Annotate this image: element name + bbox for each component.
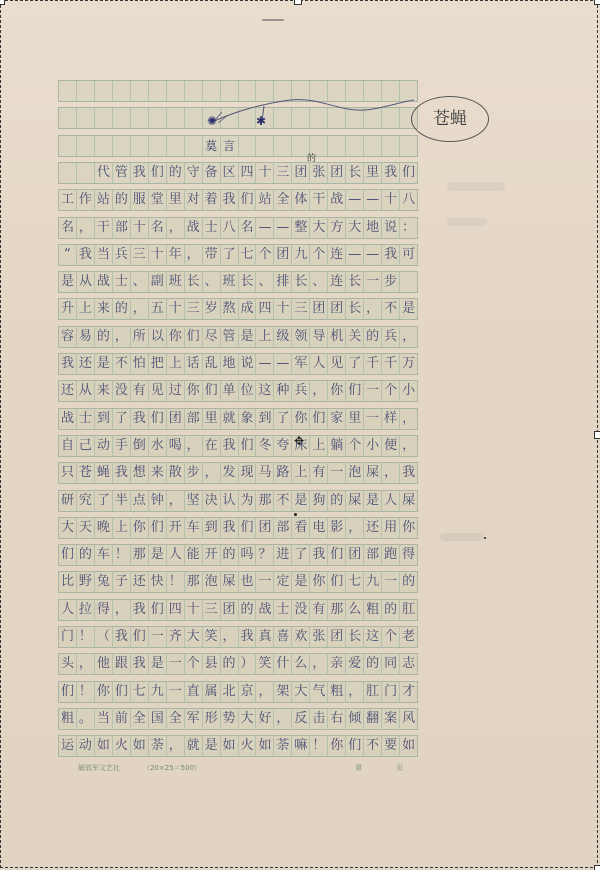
grid-cell: — <box>274 218 292 238</box>
grid-cell: 还 <box>77 354 95 374</box>
grid-cell: 你 <box>131 518 149 538</box>
grid-cell: 一 <box>364 381 382 401</box>
grid-cell: 步 <box>382 272 400 292</box>
manuscript-line: 我还是不怕把上话乱地说——军人见了千千万 <box>58 353 418 375</box>
grid-cell: 团 <box>328 299 346 319</box>
manuscript-page: 莫言代管我们的守备区四十三团张团长里我们工作站的服堂里对着我们站全体干战——十八… <box>0 0 600 870</box>
grid-cell: 认 <box>221 491 239 511</box>
grid-cell: 了 <box>274 409 292 429</box>
grid-cell: 军 <box>292 354 310 374</box>
grid-cell: 动 <box>77 736 95 756</box>
grid-cell: 车 <box>95 545 113 565</box>
grid-cell: 进 <box>274 545 292 565</box>
grid-cell: 就 <box>221 409 239 429</box>
grid-cell: 成 <box>239 299 257 319</box>
grid-cell: 蝇 <box>95 463 113 483</box>
grid-cell: 七 <box>346 572 364 592</box>
grid-cell: 到 <box>95 409 113 429</box>
grid-cell: 的 <box>400 572 417 592</box>
footer-publisher: 解放军文艺社 <box>78 763 120 773</box>
grid-cell: 把 <box>149 354 167 374</box>
grid-cell: 了 <box>292 545 310 565</box>
grid-cell: 了 <box>346 354 364 374</box>
grid-cell: 嘛 <box>292 736 310 756</box>
grid-cell: 倒 <box>131 436 149 456</box>
grid-cell: 马 <box>256 463 274 483</box>
grid-cell: 一 <box>167 682 185 702</box>
grid-cell: 火 <box>113 736 131 756</box>
grid-cell: 县 <box>203 654 221 674</box>
grid-cell: 是 <box>239 327 257 347</box>
grid-cell: 样 <box>382 409 400 429</box>
grid-cell: 人 <box>382 491 400 511</box>
grid-cell: 如 <box>256 736 274 756</box>
grid-cell: 我 <box>131 600 149 620</box>
grid-cell: 大 <box>310 218 328 238</box>
grid-cell: 冬 <box>256 436 274 456</box>
grid-cell: 可 <box>400 245 417 265</box>
grid-cell: ， <box>131 299 149 319</box>
resize-handle[interactable] <box>594 865 600 870</box>
grid-cell: 七 <box>239 245 257 265</box>
grid-cell: 九 <box>149 682 167 702</box>
grid-cell: 三 <box>185 299 203 319</box>
grid-cell: 说 <box>382 218 400 238</box>
manuscript-line: “我当兵三十年，带了七个团九个连——我可 <box>58 244 418 266</box>
grid-cell: 你 <box>328 736 346 756</box>
grid-cell: 长 <box>346 299 364 319</box>
grid-cell: 你 <box>292 409 310 429</box>
grid-cell: 里 <box>203 409 221 429</box>
bleed-through-mark <box>440 533 484 541</box>
grid-cell: 团 <box>310 299 328 319</box>
grid-cell: 九 <box>292 245 310 265</box>
grid-cell: 年 <box>167 245 185 265</box>
grid-cell: 粗 <box>59 709 77 729</box>
grid-cell: 自 <box>59 436 77 456</box>
grid-cell: — <box>274 354 292 374</box>
grid-cell: ， <box>400 327 417 347</box>
grid-cell: 就 <box>185 736 203 756</box>
grid-cell: 的 <box>77 545 95 565</box>
grid-cell: 的 <box>221 654 239 674</box>
grid-cell: 头 <box>59 654 77 674</box>
grid-cell: 见 <box>328 354 346 374</box>
grid-cell: 直 <box>185 682 203 702</box>
grid-cell: 万 <box>400 354 417 374</box>
grid-cell: 跟 <box>113 654 131 674</box>
grid-cell: 钟 <box>149 491 167 511</box>
grid-cell: 整 <box>292 218 310 238</box>
grid-cell: 水 <box>149 436 167 456</box>
grid-cell: 们 <box>239 518 257 538</box>
grid-cell: 用 <box>382 518 400 538</box>
grid-cell: （ <box>95 627 113 647</box>
grid-cell: 们 <box>149 600 167 620</box>
grid-cell: 在 <box>203 436 221 456</box>
grid-cell: 的 <box>328 491 346 511</box>
grid-cell: 管 <box>221 327 239 347</box>
grid-cell: 研 <box>59 491 77 511</box>
grid-cell: 我 <box>131 654 149 674</box>
footer-page-prefix: 第 <box>355 763 362 773</box>
grid-cell: 怕 <box>131 354 149 374</box>
grid-cell: “ <box>59 245 77 265</box>
grid-cell: ， <box>310 654 328 674</box>
grid-cell: 么 <box>346 600 364 620</box>
grid-cell: 这 <box>256 381 274 401</box>
grid-cell: 半 <box>113 491 131 511</box>
grid-cell: 战 <box>185 218 203 238</box>
grid-cell: 一 <box>364 409 382 429</box>
grid-cell: 那 <box>256 491 274 511</box>
grid-cell: 你 <box>167 327 185 347</box>
grid-cell: 大 <box>346 218 364 238</box>
grid-cell: 是 <box>364 491 382 511</box>
resize-handle[interactable] <box>594 431 600 439</box>
grid-cell: 千 <box>364 354 382 374</box>
grid-cell: 我 <box>221 436 239 456</box>
grid-cell: 亲 <box>328 654 346 674</box>
fly-doodle-string <box>0 0 600 200</box>
grid-cell: 不 <box>382 299 400 319</box>
grid-cell: 方 <box>328 218 346 238</box>
grid-cell: 。 <box>77 709 95 729</box>
manuscript-line: 门！（我们一齐大笑，我真喜欢张团长这个老 <box>58 626 418 648</box>
grid-cell: 名 <box>149 218 167 238</box>
grid-cell: 得 <box>400 545 417 565</box>
grid-cell: 我 <box>310 545 328 565</box>
grid-cell: 们 <box>131 627 149 647</box>
grid-cell: 们 <box>346 381 364 401</box>
grid-cell: 一 <box>328 463 346 483</box>
grid-cell: 想 <box>131 463 149 483</box>
grid-cell: 笑 <box>203 627 221 647</box>
grid-cell: 象 <box>239 409 257 429</box>
grid-cell: 们 <box>113 682 131 702</box>
grid-cell: 关 <box>346 327 364 347</box>
grid-cell: 一 <box>364 272 382 292</box>
grid-cell: 来 <box>95 299 113 319</box>
grid-cell: 粗 <box>364 600 382 620</box>
manuscript-line: 大天晚上你们开车到我们团部看电影，还用你 <box>58 517 418 539</box>
grid-cell: 志 <box>400 654 417 674</box>
grid-cell: 坚 <box>185 491 203 511</box>
grid-cell: 为 <box>239 491 257 511</box>
grid-cell: ！ <box>113 545 131 565</box>
grid-cell: 是 <box>59 272 77 292</box>
grid-cell: 长 <box>346 627 364 647</box>
grid-cell: 部 <box>113 218 131 238</box>
grid-cell: 三 <box>292 299 310 319</box>
grid-cell: 长 <box>185 272 203 292</box>
grid-cell: 战 <box>256 600 274 620</box>
grid-cell: 从 <box>77 272 95 292</box>
grid-cell: ！ <box>310 736 328 756</box>
resize-handle[interactable] <box>594 0 600 5</box>
grid-cell: 这 <box>364 627 382 647</box>
grid-cell: 尽 <box>203 327 221 347</box>
grid-cell: 势 <box>221 709 239 729</box>
grid-cell: 是 <box>149 654 167 674</box>
grid-cell: 的 <box>364 654 382 674</box>
grid-cell: 跑 <box>382 545 400 565</box>
grid-cell: 上 <box>292 463 310 483</box>
grid-cell: 门 <box>382 682 400 702</box>
grid-cell: 过 <box>167 381 185 401</box>
grid-cell: 熬 <box>221 299 239 319</box>
grid-cell: 我 <box>382 245 400 265</box>
grid-cell: 能 <box>185 545 203 565</box>
grid-cell: 前 <box>113 709 131 729</box>
grid-cell: 的 <box>239 600 257 620</box>
grid-cell: 来 <box>149 463 167 483</box>
grid-cell: 我 <box>239 627 257 647</box>
grid-cell: 的 <box>221 545 239 565</box>
grid-cell: 干 <box>95 218 113 238</box>
grid-cell: 右 <box>328 709 346 729</box>
grid-cell: 领 <box>292 327 310 347</box>
grid-cell: ， <box>113 327 131 347</box>
grid-cell: 上 <box>167 354 185 374</box>
grid-cell: 机 <box>328 327 346 347</box>
grid-cell: ） <box>239 654 257 674</box>
grid-cell: 兵 <box>113 245 131 265</box>
grid-cell: 七 <box>131 682 149 702</box>
grid-cell: 得 <box>95 600 113 620</box>
grid-cell: 不 <box>113 354 131 374</box>
grid-cell: 如 <box>131 736 149 756</box>
manuscript-line: 名，干部十名，战士八名——整大方大地说： <box>58 217 418 239</box>
grid-cell: 们 <box>185 327 203 347</box>
grid-cell: 士 <box>203 218 221 238</box>
grid-cell: 四 <box>167 600 185 620</box>
grid-cell: ， <box>185 245 203 265</box>
grid-cell: 三 <box>131 245 149 265</box>
grid-cell: 还 <box>364 518 382 538</box>
grid-cell: 们 <box>328 572 346 592</box>
grid-cell: 你 <box>328 381 346 401</box>
grid-cell: 架 <box>274 682 292 702</box>
manuscript-line: 头，他跟我是一个县的）笑什么，亲爱的同志 <box>58 653 418 675</box>
grid-cell: 团 <box>167 409 185 429</box>
grid-cell: 喜 <box>274 627 292 647</box>
grid-cell: 车 <box>185 518 203 538</box>
grid-cell: 门 <box>59 627 77 647</box>
grid-cell: ， <box>400 436 417 456</box>
grid-cell: 大 <box>185 627 203 647</box>
footer-page-suffix: 页 <box>396 763 403 773</box>
manuscript-line: 研究了半点钟，坚决认为那不是狗的屎是人屎 <box>58 490 418 512</box>
grid-cell: 开 <box>203 545 221 565</box>
grid-cell: 屎 <box>400 491 417 511</box>
grid-cell: 易 <box>77 327 95 347</box>
grid-cell <box>400 272 417 292</box>
grid-cell: 们 <box>203 381 221 401</box>
grid-cell: 位 <box>239 381 257 401</box>
grid-cell: 粗 <box>328 682 346 702</box>
grid-cell: 不 <box>364 736 382 756</box>
grid-cell: 们 <box>149 409 167 429</box>
grid-cell: 来 <box>95 381 113 401</box>
bleed-through-mark <box>447 218 487 226</box>
grid-cell: 击 <box>310 709 328 729</box>
grid-cell: 个 <box>346 436 364 456</box>
grid-cell: 你 <box>400 518 417 538</box>
grid-cell: 有 <box>310 463 328 483</box>
grid-cell: — <box>364 245 382 265</box>
annotation-bubble: 苍蝇 <box>411 96 489 142</box>
grid-cell: ： <box>400 218 417 238</box>
grid-cell: 动 <box>95 436 113 456</box>
grid-cell: 了 <box>113 409 131 429</box>
grid-cell: 部 <box>274 518 292 538</box>
grid-cell: 爱 <box>346 654 364 674</box>
grid-cell: 才 <box>400 682 417 702</box>
grid-cell: 连 <box>328 272 346 292</box>
grid-cell: 当 <box>95 709 113 729</box>
grid-cell: ， <box>346 682 364 702</box>
grid-cell: 长 <box>239 272 257 292</box>
footer-grid-spec: （20×25＝500） <box>143 763 201 773</box>
grid-cell: 那 <box>131 545 149 565</box>
manuscript-line: 比野兔子还快！那泡屎也一定是你们七九一的 <box>58 571 418 593</box>
ink-spot <box>294 513 297 516</box>
grid-cell: ， <box>77 218 95 238</box>
grid-cell: 肛 <box>400 600 417 620</box>
grid-cell: 那 <box>328 600 346 620</box>
grid-cell: 影 <box>328 518 346 538</box>
grid-cell: 士 <box>77 409 95 429</box>
grid-cell: ， <box>167 218 185 238</box>
grid-cell: 当 <box>95 245 113 265</box>
grid-cell: 从 <box>77 381 95 401</box>
resize-handle[interactable] <box>294 0 302 5</box>
grid-cell: 究 <box>77 491 95 511</box>
grid-cell: ？ <box>256 545 274 565</box>
grid-cell: 名 <box>59 218 77 238</box>
grid-cell: 种 <box>274 381 292 401</box>
grid-cell: 军 <box>185 709 203 729</box>
grid-cell: 只 <box>59 463 77 483</box>
grid-cell: 所 <box>131 327 149 347</box>
grid-cell: 点 <box>131 491 149 511</box>
grid-cell: 天 <box>77 518 95 538</box>
grid-cell: 五 <box>149 299 167 319</box>
grid-cell: 我 <box>113 627 131 647</box>
manuscript-line: 自己动手倒水喝，在我们冬夸床上躺个小便， <box>58 435 418 457</box>
grid-cell: 十 <box>131 218 149 238</box>
resize-handle[interactable] <box>0 0 5 5</box>
grid-cell: 快 <box>149 572 167 592</box>
grid-cell: ， <box>167 736 185 756</box>
grid-cell: 没 <box>292 600 310 620</box>
grid-cell: ， <box>400 409 417 429</box>
ink-spot <box>484 537 486 539</box>
grid-cell: 三 <box>203 600 221 620</box>
grid-cell: 要 <box>382 736 400 756</box>
grid-cell: 是 <box>95 354 113 374</box>
grid-cell: 岁 <box>203 299 221 319</box>
insertion-mark: 的 <box>307 151 316 164</box>
grid-cell: 话 <box>185 354 203 374</box>
manuscript-line: 升上来的，五十三岁熬成四十三团团长，不是 <box>58 298 418 320</box>
grid-cell: 他 <box>95 654 113 674</box>
grid-cell: 团 <box>221 600 239 620</box>
grid-cell: 的 <box>382 600 400 620</box>
grid-cell: 狗 <box>310 491 328 511</box>
grid-cell: 名 <box>239 218 257 238</box>
grid-cell: 开 <box>167 518 185 538</box>
grid-cell: 没 <box>113 381 131 401</box>
grid-cell: 团 <box>256 518 274 538</box>
manuscript-line: 只苍蝇我想来散步，发现马路上有一泡屎，我 <box>58 462 418 484</box>
grid-cell: 、 <box>131 272 149 292</box>
grid-cell: 一 <box>149 627 167 647</box>
grid-cell: 散 <box>167 463 185 483</box>
grid-cell: 、 <box>203 272 221 292</box>
grid-cell: 喝 <box>167 436 185 456</box>
grid-cell: 你 <box>310 572 328 592</box>
grid-cell: 战 <box>95 272 113 292</box>
grid-cell: 们 <box>59 682 77 702</box>
grid-cell: 团 <box>346 545 364 565</box>
grid-cell: 班 <box>167 272 185 292</box>
grid-cell: 屎 <box>364 463 382 483</box>
grid-cell: 那 <box>185 572 203 592</box>
grid-cell: 泡 <box>346 463 364 483</box>
grid-cell: 小 <box>400 381 417 401</box>
grid-cell: 全 <box>131 709 149 729</box>
grid-cell: 躺 <box>328 436 346 456</box>
grid-cell: 火 <box>239 736 257 756</box>
grid-cell: 以 <box>149 327 167 347</box>
grid-cell: 手 <box>113 436 131 456</box>
grid-cell: 我 <box>59 354 77 374</box>
grid-cell: 也 <box>239 572 257 592</box>
grid-cell: 老 <box>400 627 417 647</box>
grid-cell: 己 <box>77 436 95 456</box>
grid-cell: 大 <box>59 518 77 538</box>
grid-cell: 里 <box>346 409 364 429</box>
grid-cell: 我 <box>400 463 417 483</box>
grid-cell: ！ <box>77 627 95 647</box>
grid-cell: ， <box>185 436 203 456</box>
grid-cell: 是 <box>400 299 417 319</box>
grid-cell: 是 <box>149 545 167 565</box>
grid-cell: 是 <box>292 491 310 511</box>
grid-cell: ， <box>221 627 239 647</box>
grid-cell: 野 <box>77 572 95 592</box>
grid-cell: 到 <box>256 409 274 429</box>
manuscript-line: 是从战士、副班长、班长、排长、连长一步 <box>58 271 418 293</box>
grid-cell: 了 <box>221 245 239 265</box>
grid-cell: 还 <box>59 381 77 401</box>
grid-cell: 什 <box>274 654 292 674</box>
grid-cell: 副 <box>149 272 167 292</box>
grid-cell: 拉 <box>77 600 95 620</box>
grid-cell: 翻 <box>364 709 382 729</box>
grid-cell: 子 <box>113 572 131 592</box>
manuscript-line: 运动如火如荼，就是如火如荼嘛！你们不要如 <box>58 735 418 757</box>
manuscript-line: 容易的，所以你们尽管是上级领导机关的兵， <box>58 326 418 348</box>
manuscript-line: 们！你们七九一直属北京，架大气粗，肛门才 <box>58 681 418 703</box>
grid-cell: 步 <box>185 463 203 483</box>
grid-cell: 国 <box>149 709 167 729</box>
grid-cell: 夸 <box>274 436 292 456</box>
grid-cell: 一 <box>256 572 274 592</box>
grid-cell: 长 <box>292 272 310 292</box>
